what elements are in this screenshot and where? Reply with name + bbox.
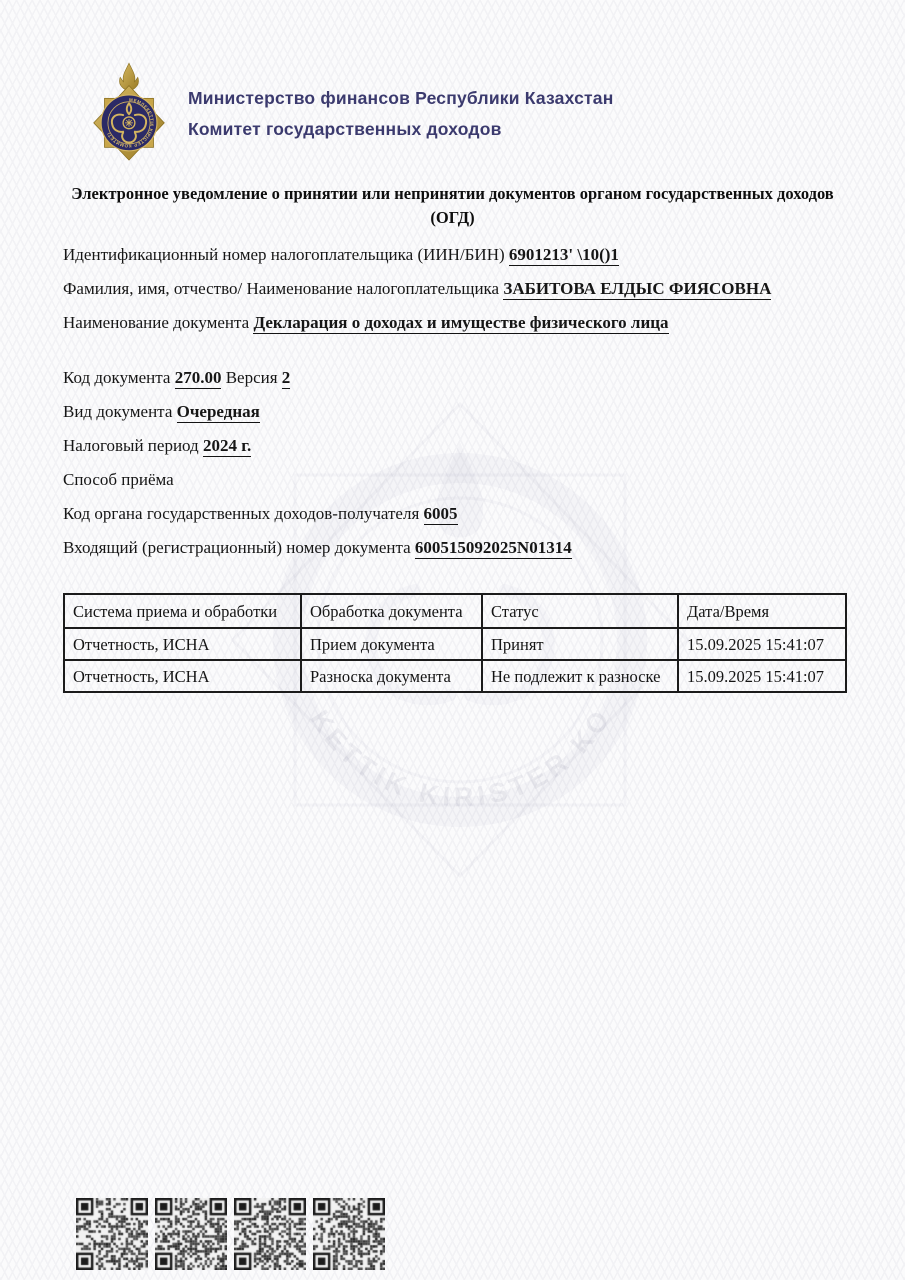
field-label: Способ приёма <box>63 470 174 489</box>
table-row: Отчетность, ИСНАПрием документаПринят15.… <box>64 628 846 660</box>
field-row: Код органа государственных доходов-получ… <box>63 503 845 525</box>
processing-table: Система приема и обработкиОбработка доку… <box>63 593 847 693</box>
table-cell: 15.09.2025 15:41:07 <box>678 628 846 660</box>
header: МЕМЛЕКЕТТІК КІРІСТЕР КОМИТЕТІ Министерст… <box>80 62 614 170</box>
field-row: Наименование документа Декларация о дохо… <box>63 312 845 334</box>
qr-code <box>313 1198 385 1270</box>
field-row: Налоговый период 2024 г. <box>63 435 845 457</box>
document-page: MEMLEKETTIK KIRISTER KOMITETI МЕМЛЕКЕТТІ… <box>0 0 905 1280</box>
org-name-line1: Министерство финансов Республики Казахст… <box>188 83 614 114</box>
field-label: Наименование документа <box>63 313 253 332</box>
table-cell: Прием документа <box>301 628 482 660</box>
qr-code <box>234 1198 306 1270</box>
field-value: Декларация о доходах и имуществе физичес… <box>253 313 668 334</box>
document-title: Электронное уведомление о принятии или н… <box>55 182 850 230</box>
field-row: Идентификационный номер налогоплательщик… <box>63 244 845 266</box>
qr-code <box>155 1198 227 1270</box>
field-value: Очередная <box>177 402 260 423</box>
table-row: Отчетность, ИСНАРазноска документаНе под… <box>64 660 846 692</box>
field-label: Налоговый период <box>63 436 203 455</box>
table-cell: Разноска документа <box>301 660 482 692</box>
field-value: ЗАБИТОВА ЕЛДЫС ФИЯСОВНА <box>503 279 771 300</box>
field-label: Версия <box>221 368 281 387</box>
table-header-cell: Статус <box>482 594 678 628</box>
logo-globe-icon <box>125 119 133 127</box>
field-value: 270.00 <box>175 368 222 389</box>
document-title-line2: (ОГД) <box>55 206 850 230</box>
table-cell: Не подлежит к разноске <box>482 660 678 692</box>
org-name-line2: Комитет государственных доходов <box>188 114 614 145</box>
ministry-logo: МЕМЛЕКЕТТІК КІРІСТЕР КОМИТЕТІ <box>80 62 178 170</box>
field-row: Способ приёма <box>63 469 845 491</box>
fields-section: Идентификационный номер налогоплательщик… <box>63 244 845 571</box>
field-label: Идентификационный номер налогоплательщик… <box>63 245 509 264</box>
field-label: Код документа <box>63 368 175 387</box>
table-header-row: Система приема и обработкиОбработка доку… <box>64 594 846 628</box>
table-cell: Отчетность, ИСНА <box>64 628 301 660</box>
qr-code <box>76 1198 148 1270</box>
org-names: Министерство финансов Республики Казахст… <box>188 83 614 170</box>
field-value: 2 <box>282 368 291 389</box>
field-value: 6901213' \10()1 <box>509 245 619 266</box>
table-header-cell: Обработка документа <box>301 594 482 628</box>
field-row: Фамилия, имя, отчество/ Наименование нал… <box>63 278 845 300</box>
field-value: 600515092025N01314 <box>415 538 572 559</box>
table-cell: Принят <box>482 628 678 660</box>
document-title-line1: Электронное уведомление о принятии или н… <box>55 182 850 206</box>
qr-codes-row <box>76 1198 385 1270</box>
field-row: Вид документа Очередная <box>63 401 845 423</box>
field-label: Входящий (регистрационный) номер докумен… <box>63 538 415 557</box>
field-value: 6005 <box>424 504 458 525</box>
field-row: Входящий (регистрационный) номер докумен… <box>63 537 845 559</box>
table-cell: Отчетность, ИСНА <box>64 660 301 692</box>
field-label: Вид документа <box>63 402 177 421</box>
field-label: Код органа государственных доходов-получ… <box>63 504 424 523</box>
field-value: 2024 г. <box>203 436 251 457</box>
table-header-cell: Дата/Время <box>678 594 846 628</box>
table-cell: 15.09.2025 15:41:07 <box>678 660 846 692</box>
table-header-cell: Система приема и обработки <box>64 594 301 628</box>
field-row: Код документа 270.00 Версия 2 <box>63 367 845 389</box>
field-label: Фамилия, имя, отчество/ Наименование нал… <box>63 279 503 298</box>
